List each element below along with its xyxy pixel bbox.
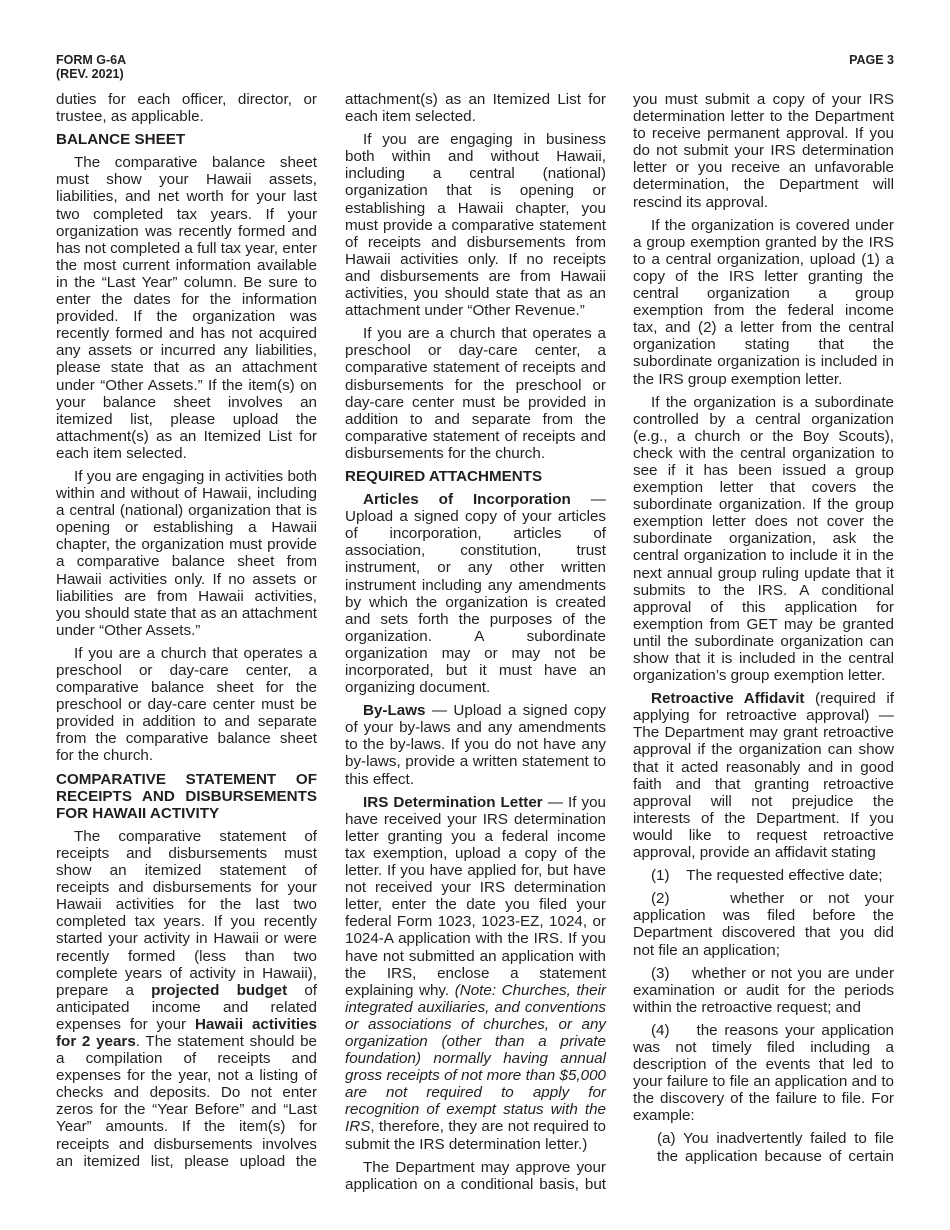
bylaws-title: By-Laws [363,702,425,719]
subordinate-paragraph: If the organization is a subordinate con… [633,394,894,685]
section-heading-required-attachments: REQUIRED ATTACHMENTS [345,468,606,485]
retroactive-paragraph: Retroactive Affidavit (required if apply… [633,690,894,861]
intro-continuation: duties for each officer, director, or tr… [56,91,317,125]
balance-sheet-paragraph-2: If you are engaging in activities both w… [56,468,317,639]
receipts-business-paragraph: If you are engaging in business both wit… [345,131,606,319]
emphasis-projected-budget: projected budget [151,982,287,999]
conditional-approval-paragraph: The Department may approve your applicat… [345,1159,606,1193]
receipts-continuation: attachment(s) as an Itemized List for ea… [345,91,606,125]
retroactive-title: Retroactive Affidavit [651,690,804,707]
page-number: PAGE 3 [849,53,894,67]
retroactive-item-3: (3) whether or not you are under examina… [633,965,894,1016]
retroactive-item-4: (4) the reasons your application was not… [633,1022,894,1125]
retroactive-subitem-a: (a) You inadvertently failed to file the… [633,1130,894,1164]
column-1: duties for each officer, director, or tr… [56,91,317,1176]
column-2: attachment(s) as an Itemized List for ea… [345,91,606,1199]
column-3: you must submit a copy of your IRS deter… [633,91,894,1171]
retroactive-item-2: (2) whether or not your application was … [633,890,894,958]
balance-sheet-paragraph-3: If you are a church that operates a pres… [56,645,317,765]
form-revision: (REV. 2021) [56,67,126,81]
form-id: FORM G-6A [56,53,126,67]
group-exemption-paragraph: If the organization is covered under a g… [633,217,894,388]
receipts-church-paragraph: If you are a church that operates a pres… [345,325,606,462]
bylaws-paragraph: By-Laws — Upload a signed copy of your b… [345,702,606,787]
balance-sheet-paragraph-1: The comparative balance sheet must show … [56,154,317,462]
section-heading-balance-sheet: BALANCE SHEET [56,131,317,148]
articles-title: Articles of Incorporation [363,491,571,508]
irs-letter-title: IRS Determination Letter [363,794,543,811]
form-header: FORM G-6A (REV. 2021) [56,53,126,81]
conditional-continuation: you must submit a copy of your IRS deter… [633,91,894,211]
receipts-paragraph-1: The comparative statement of receipts an… [56,828,317,1170]
section-heading-receipts: COMPARATIVE STATEMENT OF RECEIPTS AND DI… [56,771,317,822]
irs-letter-paragraph: IRS Determination Letter — If you have r… [345,794,606,1153]
retroactive-item-1: (1) The requested effective date; [633,867,894,884]
articles-paragraph: Articles of Incorporation — Upload a sig… [345,491,606,696]
irs-note: (Note: Churches, their integrated auxili… [345,982,606,1136]
